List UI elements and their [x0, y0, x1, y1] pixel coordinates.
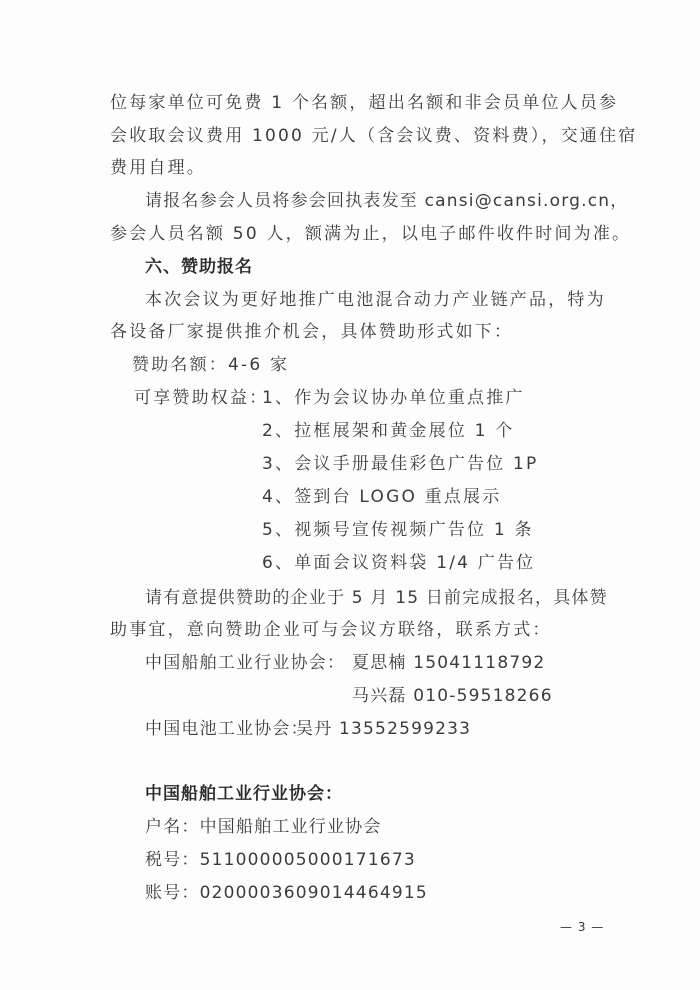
sponsor-quota: 赞助名额：4-6 家: [132, 354, 289, 376]
benefits-label: 可享赞助权益：: [134, 387, 268, 409]
bank-heading: 中国船舶工业行业协会：: [145, 783, 343, 805]
benefit-item: 6、单面会议资料袋 1/4 广告位: [262, 552, 535, 574]
paragraph-line: 请有意提供赞助的企业于 5 月 15 日前完成报名，具体赞: [145, 587, 608, 609]
contact-org: 中国电池工业协会：: [145, 718, 309, 740]
paragraph-line: 请报名参会人员将参会回执表发至 cansi@cansi.org.cn，: [145, 190, 628, 212]
contact-person: 夏思楠 15041118792: [352, 652, 545, 674]
contact-person: 吴丹 13552599233: [296, 718, 471, 740]
document-page: 位每家单位可免费 1 个名额，超出名额和非会员单位人员参 会收取会议费用 100…: [0, 0, 700, 990]
paragraph-line: 各设备厂家提供推介机会，具体赞助形式如下：: [110, 321, 513, 343]
page-number: — 3 —: [560, 920, 604, 934]
bank-account-number: 账号：0200003609014464915: [145, 882, 428, 904]
benefit-item: 4、签到台 LOGO 重点展示: [262, 486, 501, 508]
contact-org: 中国船舶工业行业协会：: [145, 652, 345, 674]
benefit-item: 3、会议手册最佳彩色广告位 1P: [262, 453, 539, 475]
benefit-item: 5、视频号宣传视频广告位 1 条: [262, 519, 534, 541]
bank-tax-id: 税号：511000005000171673: [145, 849, 416, 871]
bank-account-name: 户名：中国船舶工业行业协会: [145, 816, 382, 838]
contact-person: 马兴磊 010-59518266: [352, 685, 553, 707]
paragraph-line: 参会人员名额 50 人，额满为止，以电子邮件收件时间为准。: [110, 223, 631, 245]
paragraph-line: 助事宜，意向赞助企业可与会议方联络，联系方式：: [110, 619, 552, 641]
section-heading: 六、赞助报名: [145, 256, 253, 278]
paragraph-line: 会收取会议费用 1000 元/人（含会议费、资料费），交通住宿: [110, 125, 638, 147]
benefit-item: 2、拉框展架和黄金展位 1 个: [262, 420, 514, 442]
paragraph-line: 本次会议为更好地推广电池混合动力产业链产品，特为: [145, 289, 606, 311]
benefit-item: 1、作为会议协办单位重点推广: [262, 387, 525, 409]
paragraph-line: 费用自理。: [110, 157, 206, 179]
paragraph-line: 位每家单位可免费 1 个名额，超出名额和非会员单位人员参: [110, 92, 618, 114]
